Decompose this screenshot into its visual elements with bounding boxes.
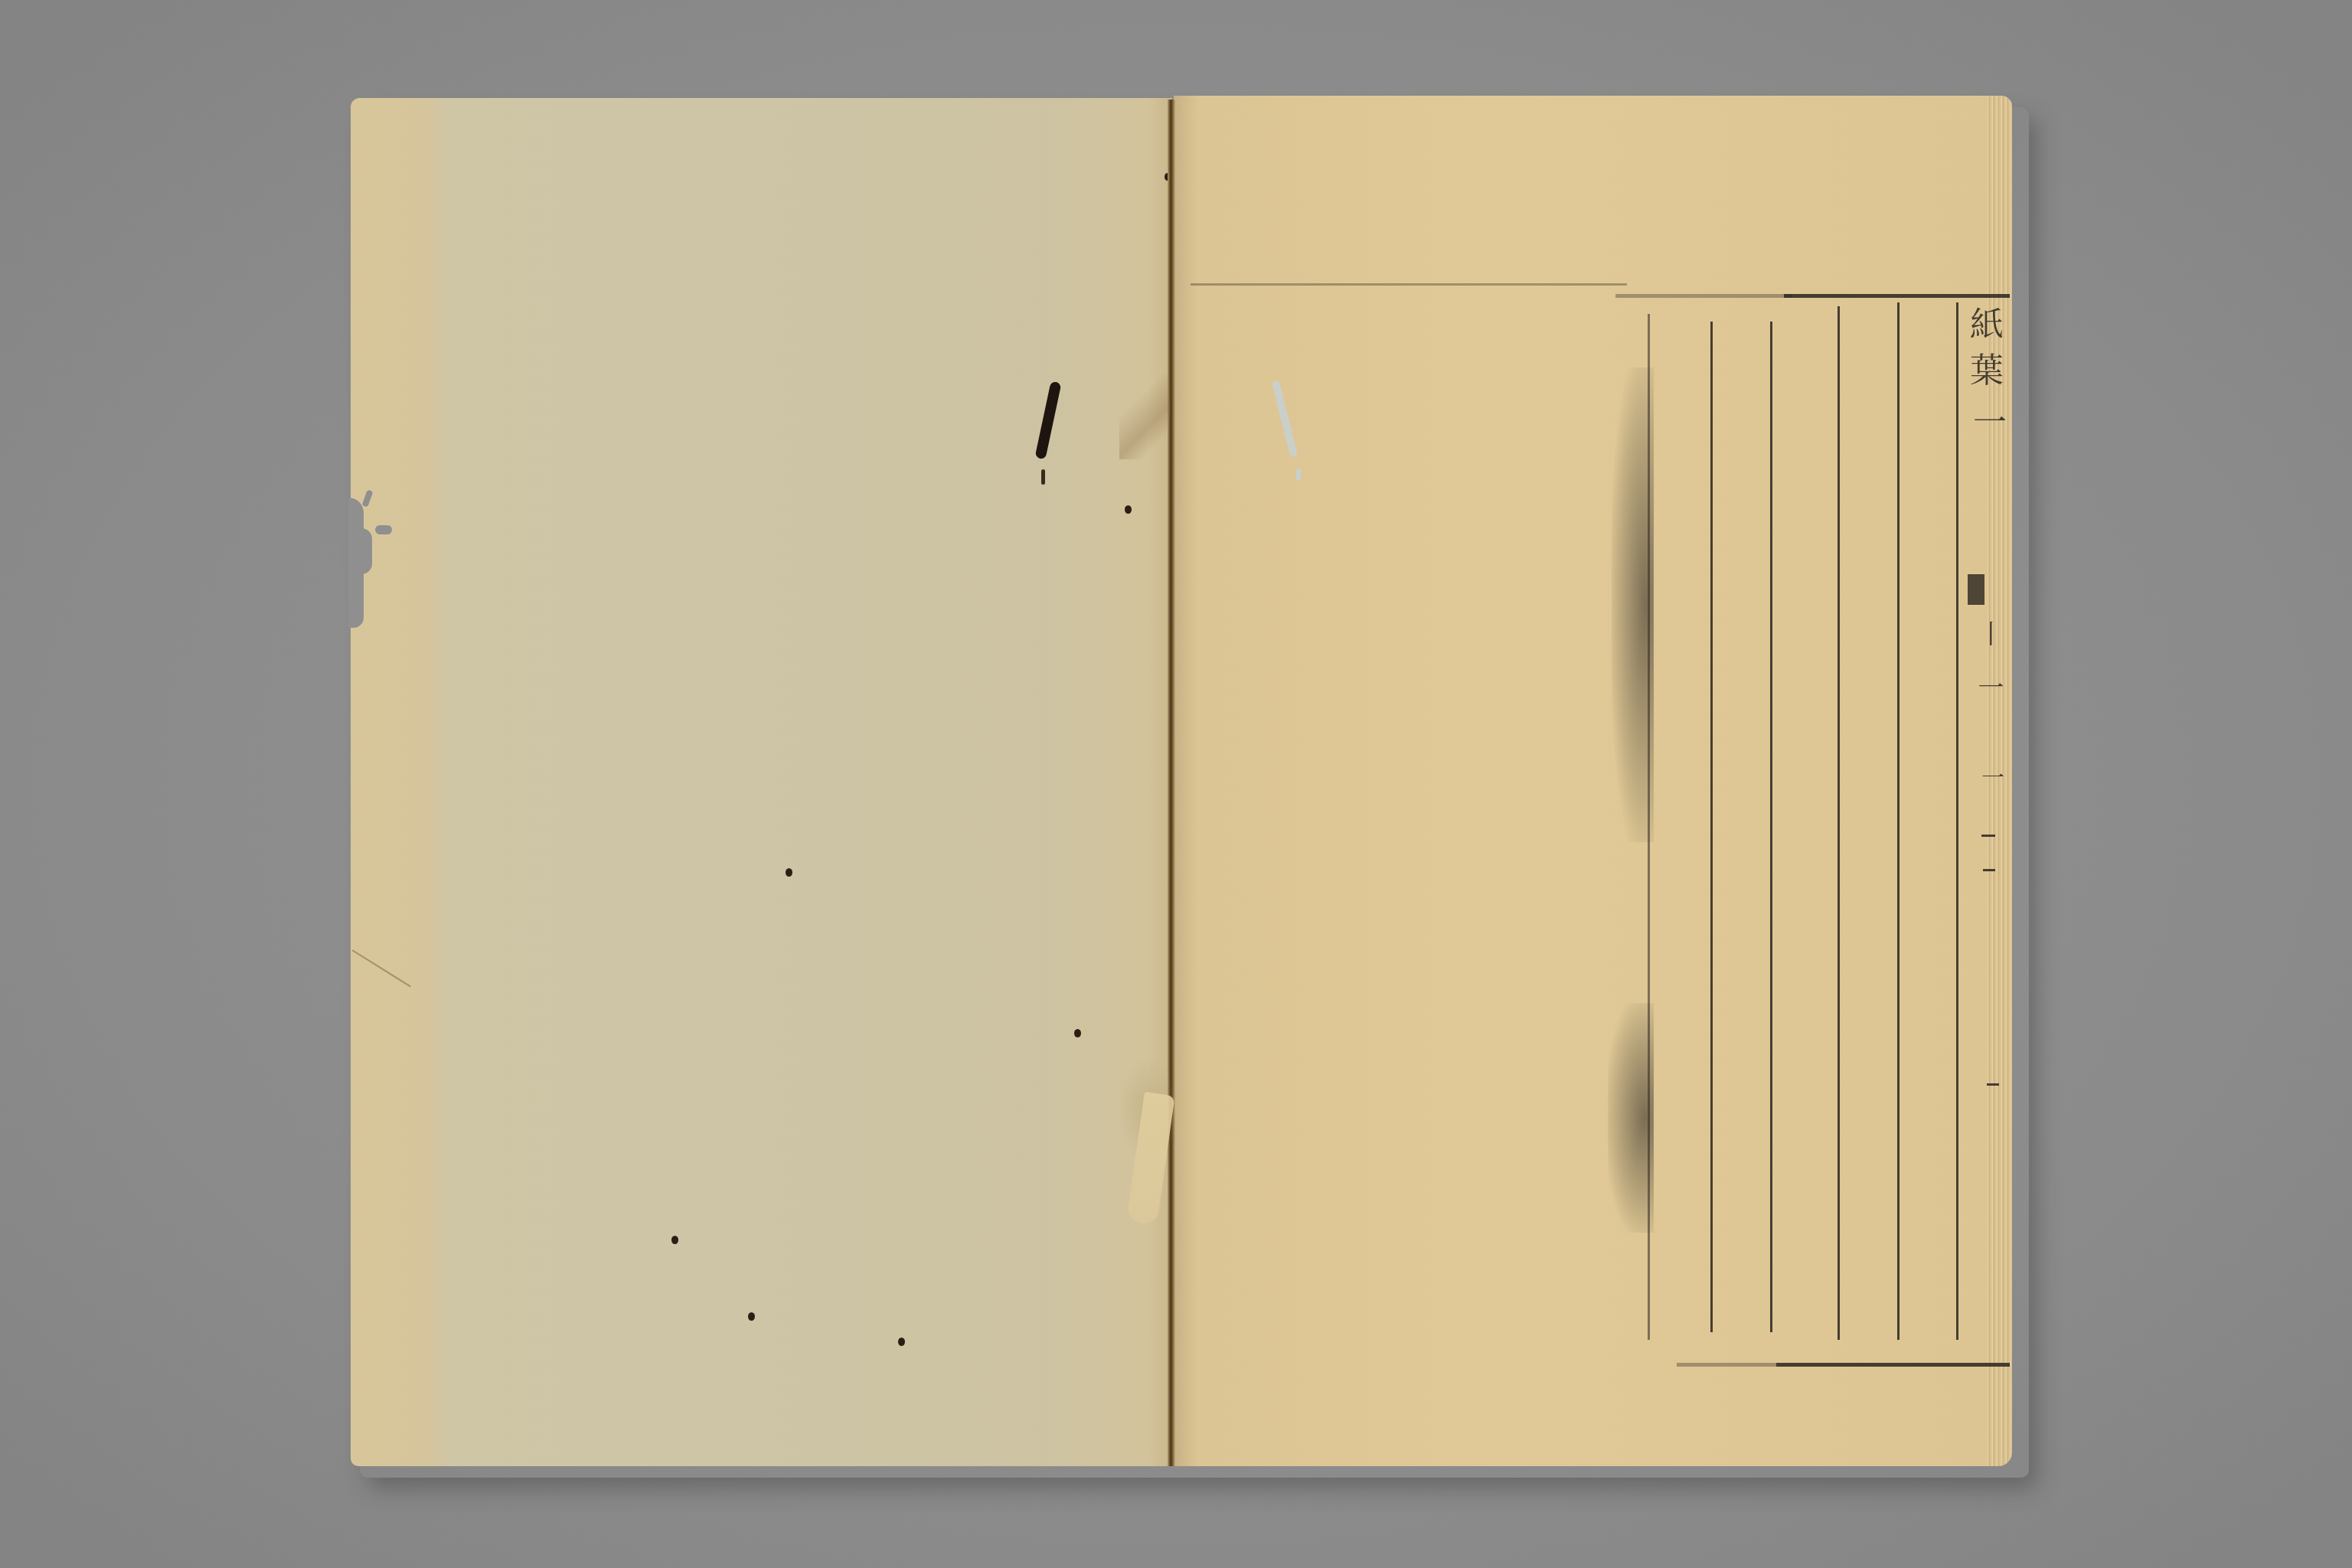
edge-character: 葉 — [1966, 352, 2000, 386]
column-rule — [1956, 302, 1958, 1340]
worm-hole — [898, 1338, 905, 1346]
blot-hole-dot — [1296, 469, 1301, 481]
edge-character: 丨 — [1975, 620, 2001, 646]
frame-top-border — [1784, 294, 2010, 298]
column-rule — [1648, 314, 1650, 1340]
edge-tick — [1987, 1083, 1999, 1086]
frame-top-border-faint — [1191, 283, 1627, 286]
filled-block — [1968, 574, 1984, 605]
edge-damage — [375, 525, 392, 534]
column-rule — [1710, 322, 1713, 1332]
edge-character: 紙 — [1966, 306, 2000, 340]
worm-hole — [786, 868, 792, 877]
right-page — [1174, 96, 1994, 1466]
worm-hole — [671, 1236, 678, 1244]
ink-smudge — [1608, 1003, 1654, 1233]
frame-bottom-border — [1776, 1363, 2010, 1367]
edge-character: 一 — [1978, 766, 2001, 789]
book-gutter — [1168, 100, 1175, 1466]
frame-top-border-faint — [1615, 294, 1792, 298]
frame-bottom-border-faint — [1677, 1363, 1776, 1367]
edge-character: 一 — [1975, 674, 2001, 700]
column-rule — [1770, 322, 1772, 1332]
edge-tick — [1981, 835, 1995, 837]
edge-character: 一 — [1969, 404, 2003, 438]
column-rule — [1837, 306, 1840, 1340]
left-page — [351, 98, 1172, 1466]
edge-damage — [361, 528, 372, 574]
gutter-tear — [1119, 375, 1170, 459]
worm-hole — [1074, 1029, 1081, 1037]
worm-hole — [1125, 505, 1132, 514]
ink-blot-dot — [1041, 469, 1045, 485]
edge-tick — [1983, 869, 1995, 871]
worm-hole — [748, 1312, 755, 1321]
column-rule — [1897, 302, 1900, 1340]
